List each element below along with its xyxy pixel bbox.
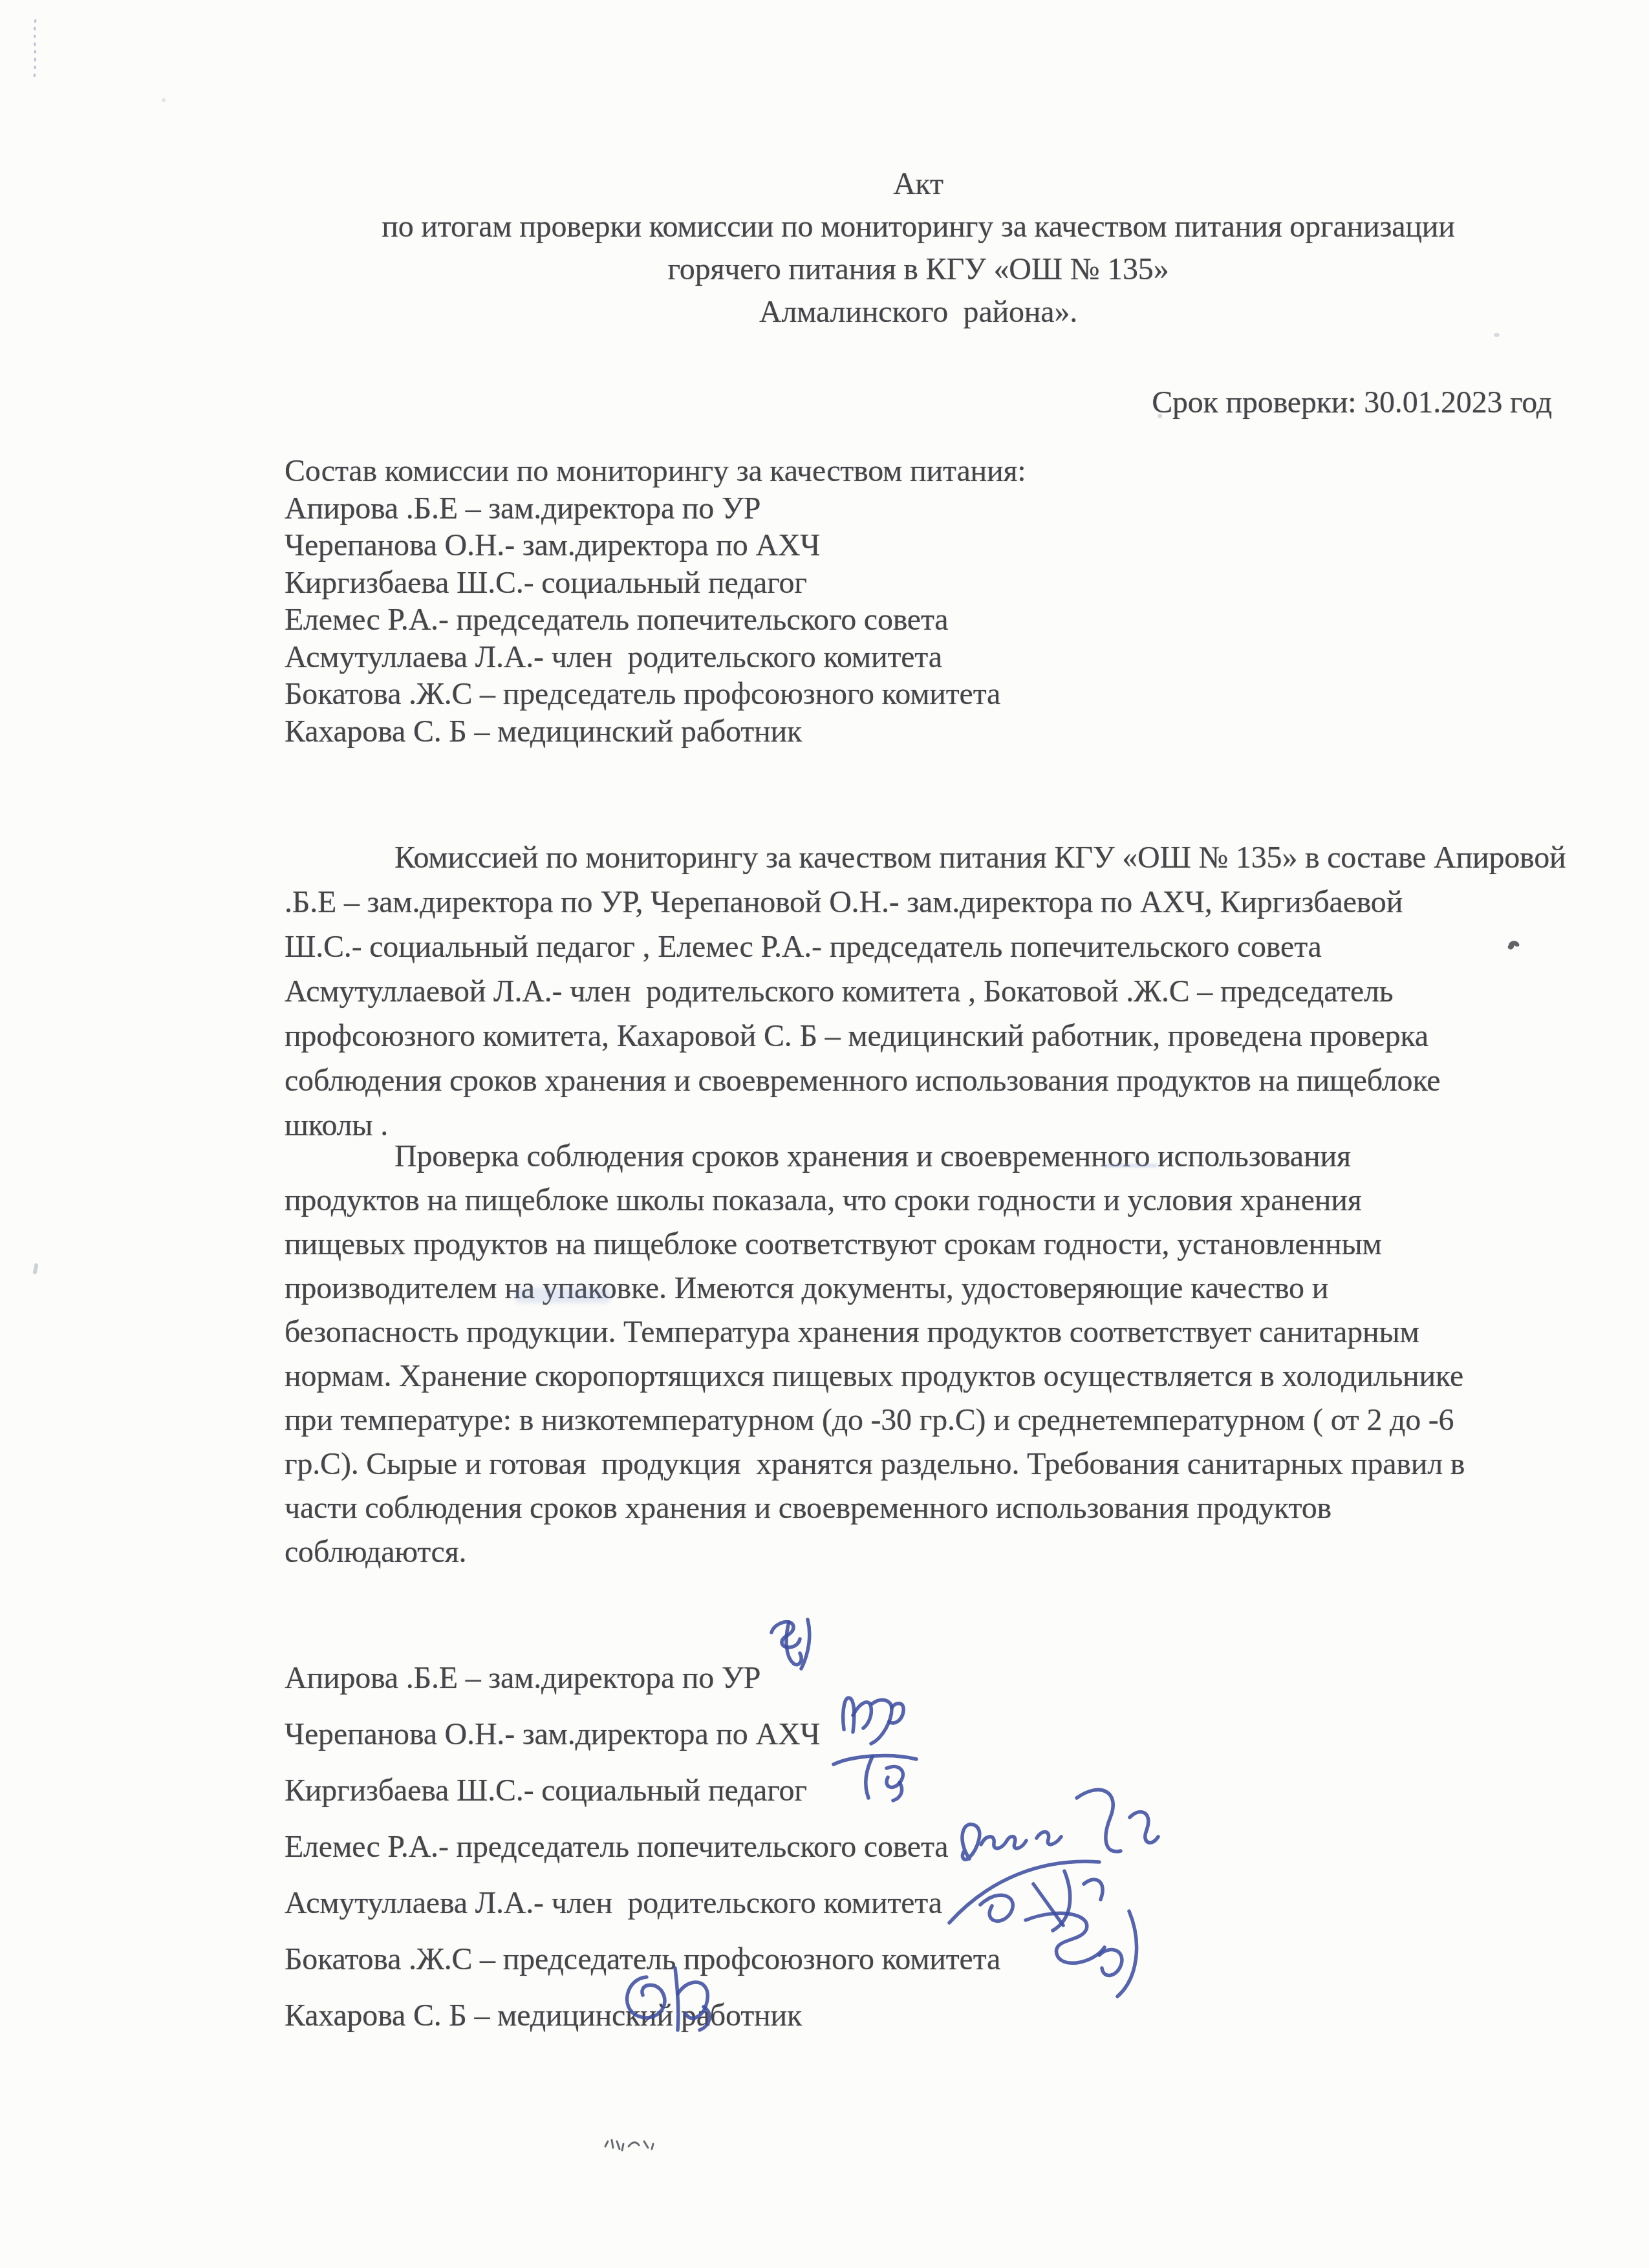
signature-kirgizbaeva: [824, 1742, 925, 1810]
check-date: Срок проверки: 30.01.2023 год: [1152, 385, 1552, 420]
paragraph-line: Ш.С.- социальный педагог , Елемес Р.А.- …: [285, 925, 1566, 969]
paragraph-line: нормам. Хранение скоропортящихся пищевых…: [285, 1354, 1465, 1398]
paragraph-line: Комиссией по мониторингу за качеством пи…: [285, 835, 1566, 880]
paragraph-line: производителем на упаковке. Имеются доку…: [285, 1267, 1465, 1311]
signatory-line: Елемес Р.А.- председатель попечительског…: [285, 1819, 1000, 1875]
paragraph-line: Асмутуллаевой Л.А.- член родительского к…: [285, 969, 1566, 1014]
commission-list: Состав комиссии по мониторингу за качест…: [285, 453, 1026, 750]
signature-bokatova: [1002, 1901, 1174, 2004]
commission-heading: Состав комиссии по мониторингу за качест…: [285, 453, 1026, 490]
commission-member: Асмутуллаева Л.А.- член родительского ко…: [285, 639, 1026, 676]
paragraph-line: соблюдения сроков хранения и своевременн…: [285, 1058, 1566, 1103]
paragraph-line: продуктов на пищеблоке школы показала, ч…: [285, 1179, 1465, 1223]
ink-blot-artifact: [1504, 937, 1522, 959]
paragraph-line: пищевых продуктов на пищеблоке соответст…: [285, 1223, 1465, 1267]
paragraph-line: Проверка соблюдения сроков хранения и св…: [285, 1135, 1465, 1179]
scan-streak-artifact: [30, 17, 41, 85]
paper-speck: [1158, 414, 1162, 418]
scanned-document-page: Акт по итогам проверки комиссии по монит…: [0, 0, 1649, 2268]
signature-kakharova: [608, 1952, 753, 2040]
paragraph-line: при температуре: в низкотемпературном (д…: [285, 1398, 1465, 1442]
commission-member: Черепанова О.Н.- зам.директора по АХЧ: [285, 527, 1026, 564]
paragraph-line: безопасность продукции. Температура хран…: [285, 1311, 1465, 1354]
document-title: Акт по итогам проверки комиссии по монит…: [285, 163, 1552, 334]
paragraph-2: Проверка соблюдения сроков хранения и св…: [285, 1135, 1465, 1574]
commission-member: Киргизбаева Ш.С.- социальный педагог: [285, 564, 1026, 602]
scan-smudge-artifact: [601, 2134, 666, 2159]
scan-tick-artifact: [32, 1263, 38, 1275]
document-content: Акт по итогам проверки комиссии по монит…: [285, 0, 1552, 2268]
commission-member: Бокатова .Ж.С – председатель профсоюзног…: [285, 676, 1026, 713]
paper-speck: [162, 98, 166, 102]
title-line-4: Алмалинского района».: [285, 291, 1552, 334]
paragraph-line: профсоюзного комитета, Кахаровой С. Б – …: [285, 1014, 1566, 1058]
scan-dash-artifact: [1103, 1164, 1158, 1168]
signature-cherepanova: [831, 1678, 921, 1752]
title-line-3: горячего питания в КГУ «ОШ № 135»: [285, 248, 1552, 291]
paragraph-line: гр.С). Сырые и готовая продукция хранятс…: [285, 1442, 1465, 1486]
paragraph-line: соблюдаются.: [285, 1530, 1465, 1574]
title-line-2: по итогам проверки комиссии по мониторин…: [285, 206, 1552, 248]
scan-smear-artifact: [514, 1288, 611, 1303]
commission-member: Апирова .Б.Е – зам.директора по УР: [285, 490, 1026, 528]
paragraph-line: .Б.Е – зам.директора по УР, Черепановой …: [285, 880, 1566, 925]
commission-member: Елемес Р.А.- председатель попечительског…: [285, 601, 1026, 639]
title-line-1: Акт: [285, 163, 1552, 206]
paragraph-1: Комиссией по мониторингу за качеством пи…: [285, 835, 1566, 1148]
paragraph-line: части соблюдения сроков хранения и своев…: [285, 1486, 1465, 1530]
signatory-line: Асмутуллаева Л.А.- член родительского ко…: [285, 1875, 1000, 1931]
commission-member: Кахарова С. Б – медицинский работник: [285, 713, 1026, 751]
signature-apirova: [753, 1613, 831, 1681]
paper-speck: [1494, 333, 1500, 337]
